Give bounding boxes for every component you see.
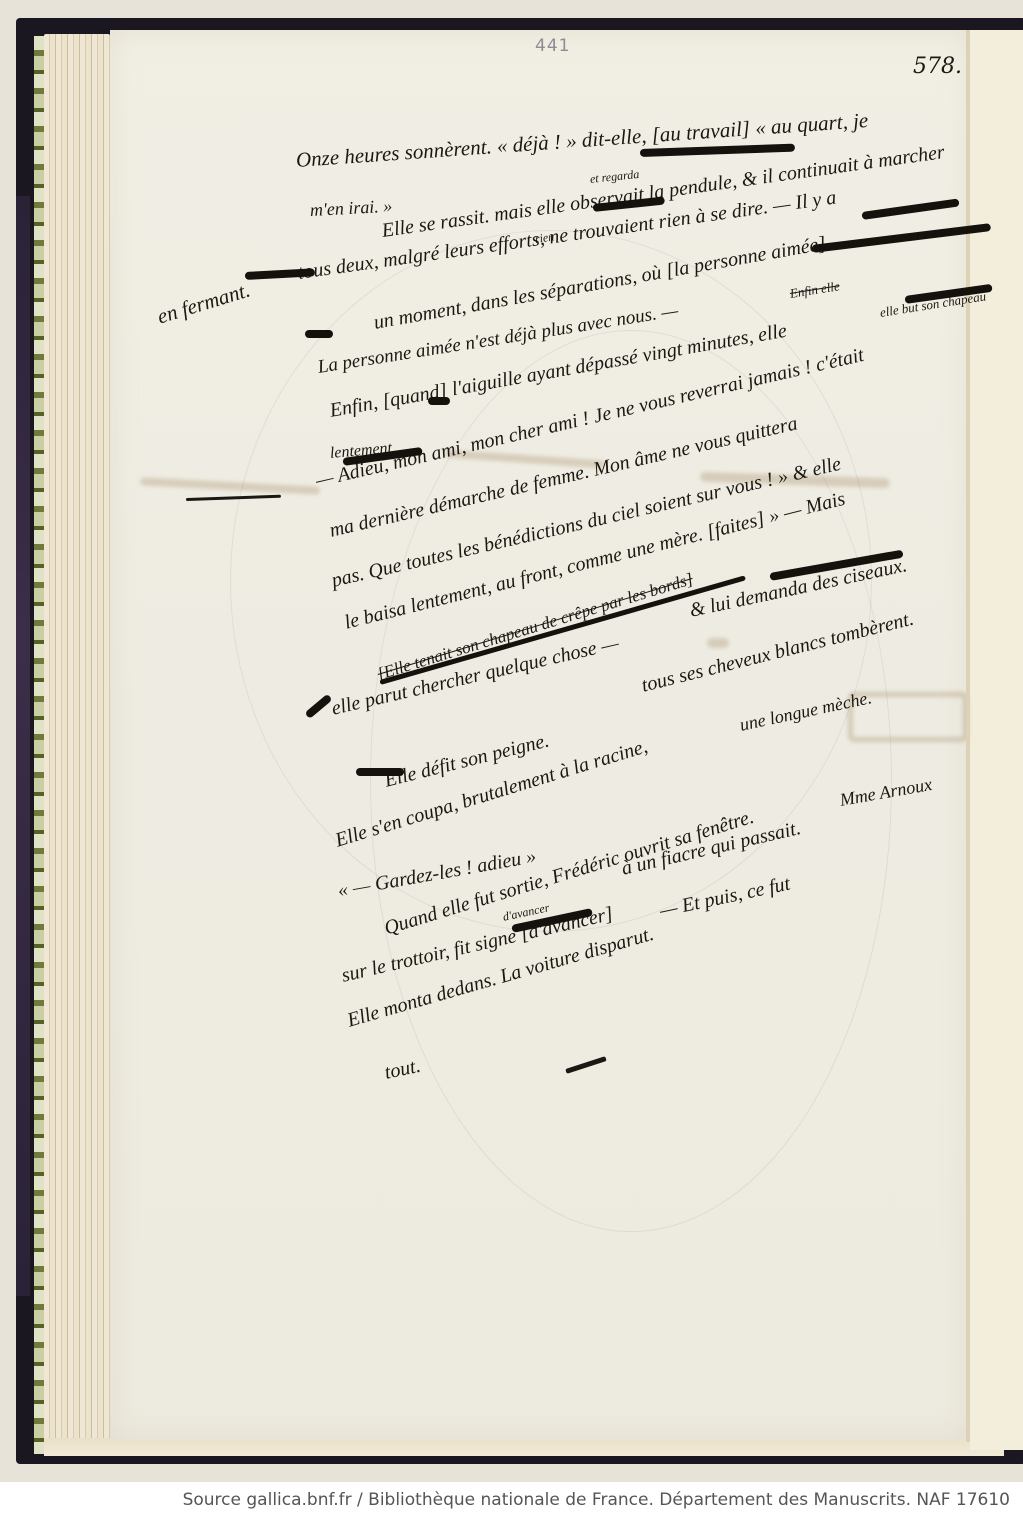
stain: [707, 638, 729, 648]
folio-pencil-number: 441: [535, 36, 570, 56]
manuscript-interlinear: rien: [534, 229, 555, 247]
page-stack-edge: [44, 34, 110, 1456]
page-stack-bottom: [44, 1438, 1004, 1456]
folio-ink-number: 578.: [913, 54, 962, 79]
ink-strikethrough: [356, 768, 404, 776]
source-credit: Source gallica.bnf.fr / Bibliothèque nat…: [183, 1490, 1010, 1510]
manuscript-line: m'en irai. »: [309, 196, 392, 221]
cover-edge: [16, 196, 30, 1296]
footer: Source gallica.bnf.fr / Bibliothèque nat…: [0, 1482, 1023, 1518]
right-page-flap: [970, 30, 1023, 1450]
ink-strikethrough: [428, 397, 450, 405]
marbled-endpaper: [34, 36, 44, 1454]
ink-strikethrough: [305, 330, 333, 338]
page-edge: [966, 30, 970, 1442]
